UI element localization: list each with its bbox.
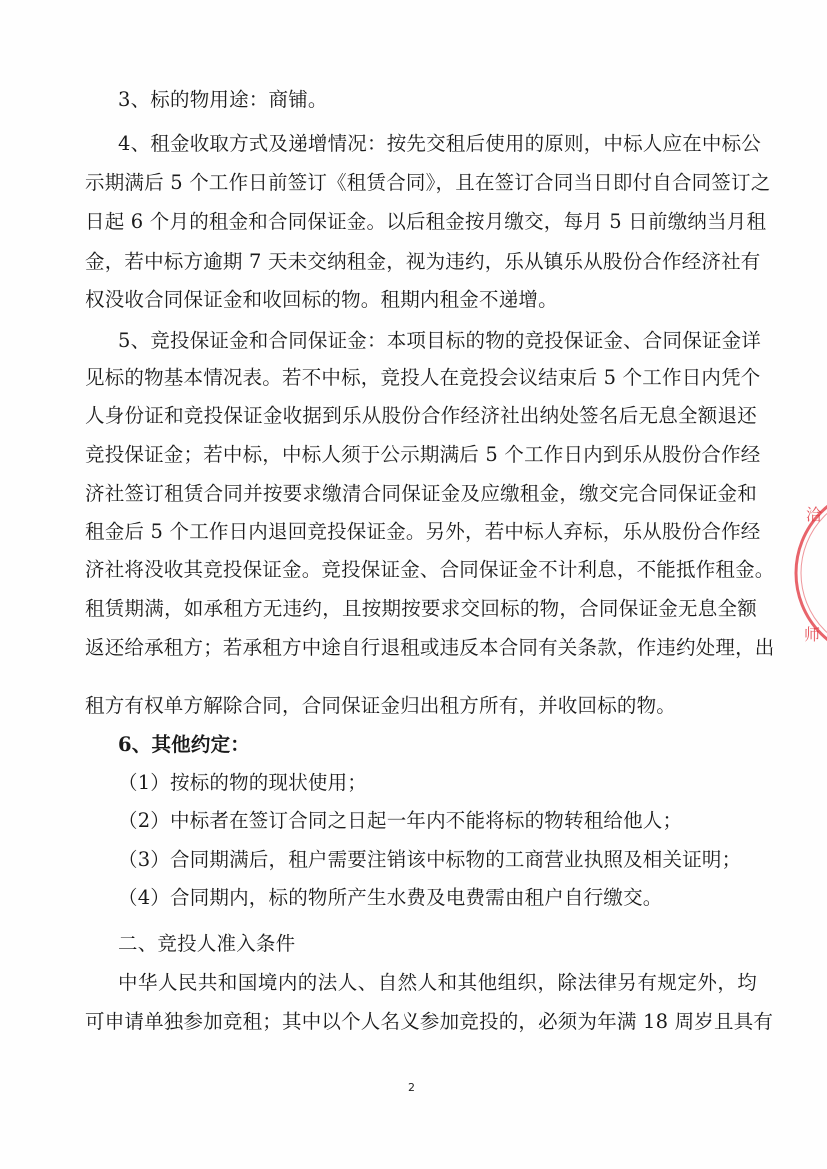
text-line: （3）合同期满后，租户需要注销该中标物的工商营业执照及相关证明；: [118, 848, 757, 872]
text-line: 见标的物基本情况表。若不中标，竞投人在竞投会议结束后 5 个工作日内凭个: [85, 366, 757, 390]
svg-text:洽: 洽: [806, 505, 822, 524]
text-line: （4）合同期内，标的物所产生水费及电费需由租户自行缴交。: [118, 886, 757, 910]
text-line: 租赁期满，如承租方无违约，且按期按要求交回标的物，合同保证金无息全额: [85, 597, 757, 621]
text-line: 二、竞投人准入条件: [118, 932, 757, 956]
text-line: 人身份证和竞投保证金收据到乐从股份合作经济社出纳处签名后无息全额退还: [85, 404, 757, 428]
text-line: 租方有权单方解除合同，合同保证金归出租方所有，并收回标的物。: [85, 694, 757, 718]
text-line: （1）按标的物的现状使用；: [118, 771, 757, 795]
text-line: 日起 6 个月的租金和合同保证金。以后租金按月缴交，每月 5 日前缴纳当月租: [85, 210, 757, 234]
seal-icon: 洽 师: [790, 478, 827, 668]
text-line: 3、标的物用途：商铺。: [118, 88, 757, 112]
svg-text:师: 师: [804, 625, 820, 644]
document-page: 3、标的物用途：商铺。4、租金收取方式及递增情况：按先交租后使用的原则，中标人应…: [0, 0, 827, 1169]
text-line: 济社将没收其竞投保证金。竞投保证金、合同保证金不计利息，不能抵作租金。: [85, 558, 757, 582]
text-line: 示期满后 5 个工作日前签订《租赁合同》，且在签订合同当日即付自合同签订之: [85, 171, 757, 195]
text-line: 竞投保证金；若中标，中标人须于公示期满后 5 个工作日内到乐从股份合作经: [85, 443, 757, 467]
text-line: 返还给承租方；若承租方中途自行退租或违反本合同有关条款，作违约处理，出: [85, 636, 757, 660]
text-line: 6、其他约定：: [118, 733, 757, 757]
text-line: 5、竞投保证金和合同保证金：本项目标的物的竞投保证金、合同保证金详: [118, 329, 757, 353]
text-line: 租金后 5 个工作日内退回竞投保证金。另外，若中标人弃标，乐从股份合作经: [85, 520, 757, 544]
red-seal-stamp: 洽 师: [790, 478, 827, 668]
page-number: 2: [408, 1081, 415, 1094]
text-line: 金，若中标方逾期 7 天未交纳租金，视为违约，乐从镇乐从股份合作经济社有: [85, 250, 757, 274]
text-line: 可申请单独参加竞租；其中以个人名义参加竞投的，必须为年满 18 周岁且具有: [85, 1010, 757, 1034]
text-line: （2）中标者在签订合同之日起一年内不能将标的物转租给他人；: [118, 809, 757, 833]
text-line: 4、租金收取方式及递增情况：按先交租后使用的原则，中标人应在中标公: [118, 132, 757, 156]
text-line: 济社签订租赁合同并按要求缴清合同保证金及应缴租金，缴交完合同保证金和: [85, 482, 757, 506]
text-line: 中华人民共和国境内的法人、自然人和其他组织，除法律另有规定外，均: [118, 971, 757, 995]
text-line: 权没收合同保证金和收回标的物。租期内租金不递增。: [85, 288, 757, 312]
